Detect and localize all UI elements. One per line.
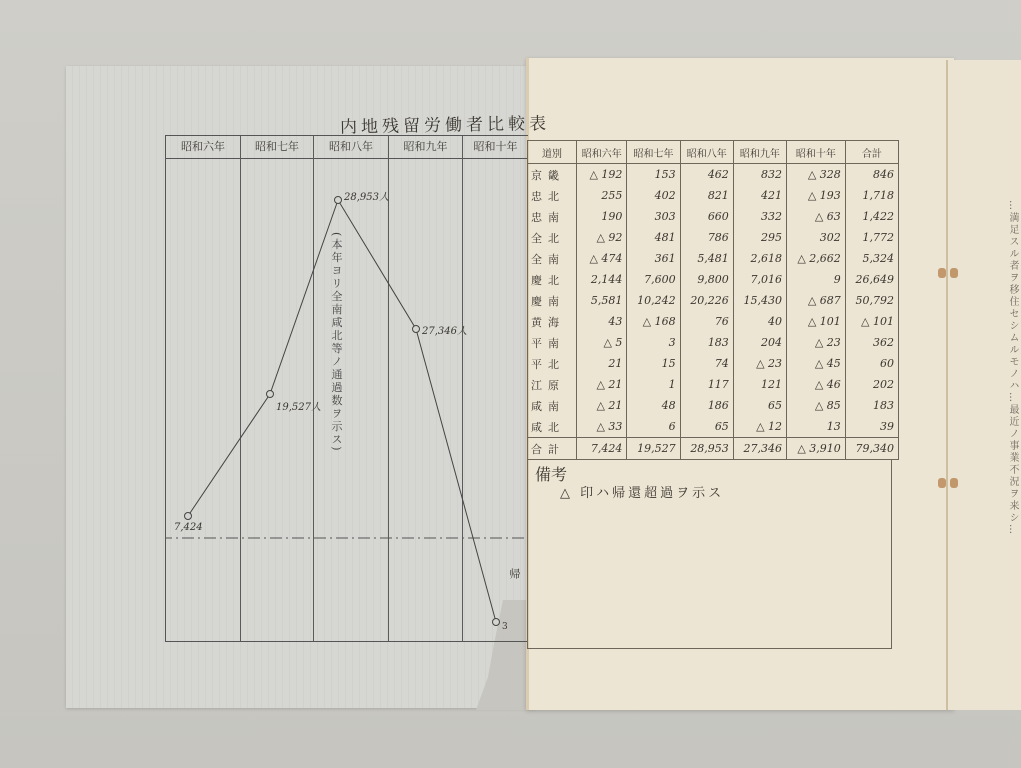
point-label: 19,527人 [276, 398, 321, 413]
value-cell: 65 [733, 395, 786, 416]
value-cell: 204 [733, 332, 786, 353]
table-row: 平南△ 53183204△ 23362 [528, 332, 899, 353]
table-row: 京畿△ 192153462832△ 328846 [528, 164, 899, 186]
value-cell: 19,527 [627, 438, 680, 460]
region-cell: 全北 [528, 227, 577, 248]
rust-stain [950, 268, 958, 278]
region-cell: 合計 [528, 438, 577, 460]
value-cell: 74 [680, 353, 733, 374]
value-cell: △ 5 [577, 332, 627, 353]
value-cell: 27,346 [733, 438, 786, 460]
value-cell: 302 [787, 227, 846, 248]
value-cell: 13 [787, 416, 846, 438]
rust-stain [938, 268, 946, 278]
table-row: 忠北255402821421△ 1931,718 [528, 185, 899, 206]
value-cell: 421 [733, 185, 786, 206]
region-cell: 京畿 [528, 164, 577, 186]
table-row: 黄海43△ 1687640△ 101△ 101 [528, 311, 899, 332]
value-cell: 60 [845, 353, 898, 374]
value-cell: 190 [577, 206, 627, 227]
value-cell: 3 [627, 332, 680, 353]
col-header: 昭和八年 [680, 141, 733, 164]
value-cell: 21 [577, 353, 627, 374]
value-cell: 48 [627, 395, 680, 416]
chart-annotation: (本年ヨリ全南咸北等ノ通過数ヲ示ス) [328, 232, 344, 453]
value-cell: △ 687 [787, 290, 846, 311]
value-cell: 786 [680, 227, 733, 248]
chart-right-note: 帰 [506, 568, 522, 579]
value-cell: 183 [845, 395, 898, 416]
value-cell: △ 92 [577, 227, 627, 248]
value-cell: 481 [627, 227, 680, 248]
table-row: 平北211574△ 23△ 4560 [528, 353, 899, 374]
value-cell: 660 [680, 206, 733, 227]
col-header: 昭和六年 [577, 141, 627, 164]
table-row: 江原△ 211117121△ 46202 [528, 374, 899, 395]
col-header: 合計 [845, 141, 898, 164]
value-cell: 1,422 [845, 206, 898, 227]
value-cell: 50,792 [845, 290, 898, 311]
value-cell: 28,953 [680, 438, 733, 460]
point-label: 28,953人 [344, 188, 389, 203]
value-cell: △ 33 [577, 416, 627, 438]
value-cell: 76 [680, 311, 733, 332]
value-cell: 7,424 [577, 438, 627, 460]
value-cell: 2,618 [733, 248, 786, 269]
value-cell: 79,340 [845, 438, 898, 460]
value-cell: 40 [733, 311, 786, 332]
value-cell: 43 [577, 311, 627, 332]
table-row: 咸北△ 33665△ 121339 [528, 416, 899, 438]
region-cell: 平南 [528, 332, 577, 353]
value-cell: 303 [627, 206, 680, 227]
value-cell: 183 [680, 332, 733, 353]
value-cell: 1,718 [845, 185, 898, 206]
col-header: 昭和七年 [627, 141, 680, 164]
value-cell: 5,324 [845, 248, 898, 269]
value-cell: 15 [627, 353, 680, 374]
value-cell: 15,430 [733, 290, 786, 311]
value-cell: 186 [680, 395, 733, 416]
value-cell: △ 21 [577, 374, 627, 395]
document-title: 内地残留労働者比較表 [340, 107, 640, 137]
table-row: 慶北2,1447,6009,8007,016926,649 [528, 269, 899, 290]
value-cell: △ 328 [787, 164, 846, 186]
value-cell: 462 [680, 164, 733, 186]
value-cell: 9 [787, 269, 846, 290]
region-cell: 黄海 [528, 311, 577, 332]
value-cell: 202 [845, 374, 898, 395]
value-cell: 255 [577, 185, 627, 206]
value-cell: △ 3,910 [787, 438, 846, 460]
region-cell: 忠南 [528, 206, 577, 227]
rust-stain [950, 478, 958, 488]
value-cell: △ 192 [577, 164, 627, 186]
value-cell: △ 101 [845, 311, 898, 332]
value-cell: 1 [627, 374, 680, 395]
table-row: 咸南△ 214818665△ 85183 [528, 395, 899, 416]
value-cell: 7,016 [733, 269, 786, 290]
value-cell: 20,226 [680, 290, 733, 311]
value-cell: △ 85 [787, 395, 846, 416]
value-cell: 5,581 [577, 290, 627, 311]
table-row: 全北△ 924817862953021,772 [528, 227, 899, 248]
value-cell: 9,800 [680, 269, 733, 290]
value-cell: 1,772 [845, 227, 898, 248]
point-label: 7,424 [174, 522, 203, 533]
table-row: 忠南190303660332△ 631,422 [528, 206, 899, 227]
table-total-row: 合計7,42419,52728,95327,346△ 3,91079,340 [528, 438, 899, 460]
table-row: 全南△ 4743615,4812,618△ 2,6625,324 [528, 248, 899, 269]
remarks-text: △ 印ハ帰還超過ヲ示ス [560, 482, 724, 501]
value-cell: 846 [845, 164, 898, 186]
value-cell: 2,144 [577, 269, 627, 290]
value-cell: △ 12 [733, 416, 786, 438]
line-chart: 昭和六年 昭和七年 昭和八年 昭和九年 昭和十年 7,424 19,527人 2… [165, 135, 528, 642]
value-cell: 361 [627, 248, 680, 269]
value-cell: △ 2,662 [787, 248, 846, 269]
point-label: 3 [502, 622, 508, 632]
point-label: 27,346人 [422, 322, 467, 337]
value-cell: 26,649 [845, 269, 898, 290]
rust-stain [938, 478, 946, 488]
value-cell: 402 [627, 185, 680, 206]
table-row: 慶南5,58110,24220,22615,430△ 68750,792 [528, 290, 899, 311]
value-cell: △ 101 [787, 311, 846, 332]
region-cell: 慶南 [528, 290, 577, 311]
comparison-table: 道別 昭和六年 昭和七年 昭和八年 昭和九年 昭和十年 合計 京畿△ 19215… [527, 140, 899, 460]
value-cell: 39 [845, 416, 898, 438]
region-cell: 慶北 [528, 269, 577, 290]
value-cell: 5,481 [680, 248, 733, 269]
value-cell: 362 [845, 332, 898, 353]
value-cell: 153 [627, 164, 680, 186]
region-cell: 江原 [528, 374, 577, 395]
region-cell: 全南 [528, 248, 577, 269]
value-cell: 332 [733, 206, 786, 227]
value-cell: △ 474 [577, 248, 627, 269]
value-cell: △ 23 [787, 332, 846, 353]
margin-note: …満足スル者ヲ移住セシムルモノハ…最近ノ事業不況ヲ来シ… [1005, 200, 1020, 536]
value-cell: 10,242 [627, 290, 680, 311]
value-cell: △ 63 [787, 206, 846, 227]
col-header: 道別 [528, 141, 577, 164]
region-cell: 咸北 [528, 416, 577, 438]
value-cell: △ 168 [627, 311, 680, 332]
value-cell: 65 [680, 416, 733, 438]
value-cell: 7,600 [627, 269, 680, 290]
region-cell: 咸南 [528, 395, 577, 416]
value-cell: △ 45 [787, 353, 846, 374]
value-cell: 6 [627, 416, 680, 438]
value-cell: △ 193 [787, 185, 846, 206]
value-cell: △ 46 [787, 374, 846, 395]
value-cell: 832 [733, 164, 786, 186]
value-cell: △ 23 [733, 353, 786, 374]
col-header: 昭和九年 [733, 141, 786, 164]
value-cell: 295 [733, 227, 786, 248]
value-cell: △ 21 [577, 395, 627, 416]
region-cell: 忠北 [528, 185, 577, 206]
value-cell: 121 [733, 374, 786, 395]
region-cell: 平北 [528, 353, 577, 374]
col-header: 昭和十年 [787, 141, 846, 164]
chart-plot [166, 136, 528, 641]
value-cell: 117 [680, 374, 733, 395]
value-cell: 821 [680, 185, 733, 206]
table-header-row: 道別 昭和六年 昭和七年 昭和八年 昭和九年 昭和十年 合計 [528, 141, 899, 164]
